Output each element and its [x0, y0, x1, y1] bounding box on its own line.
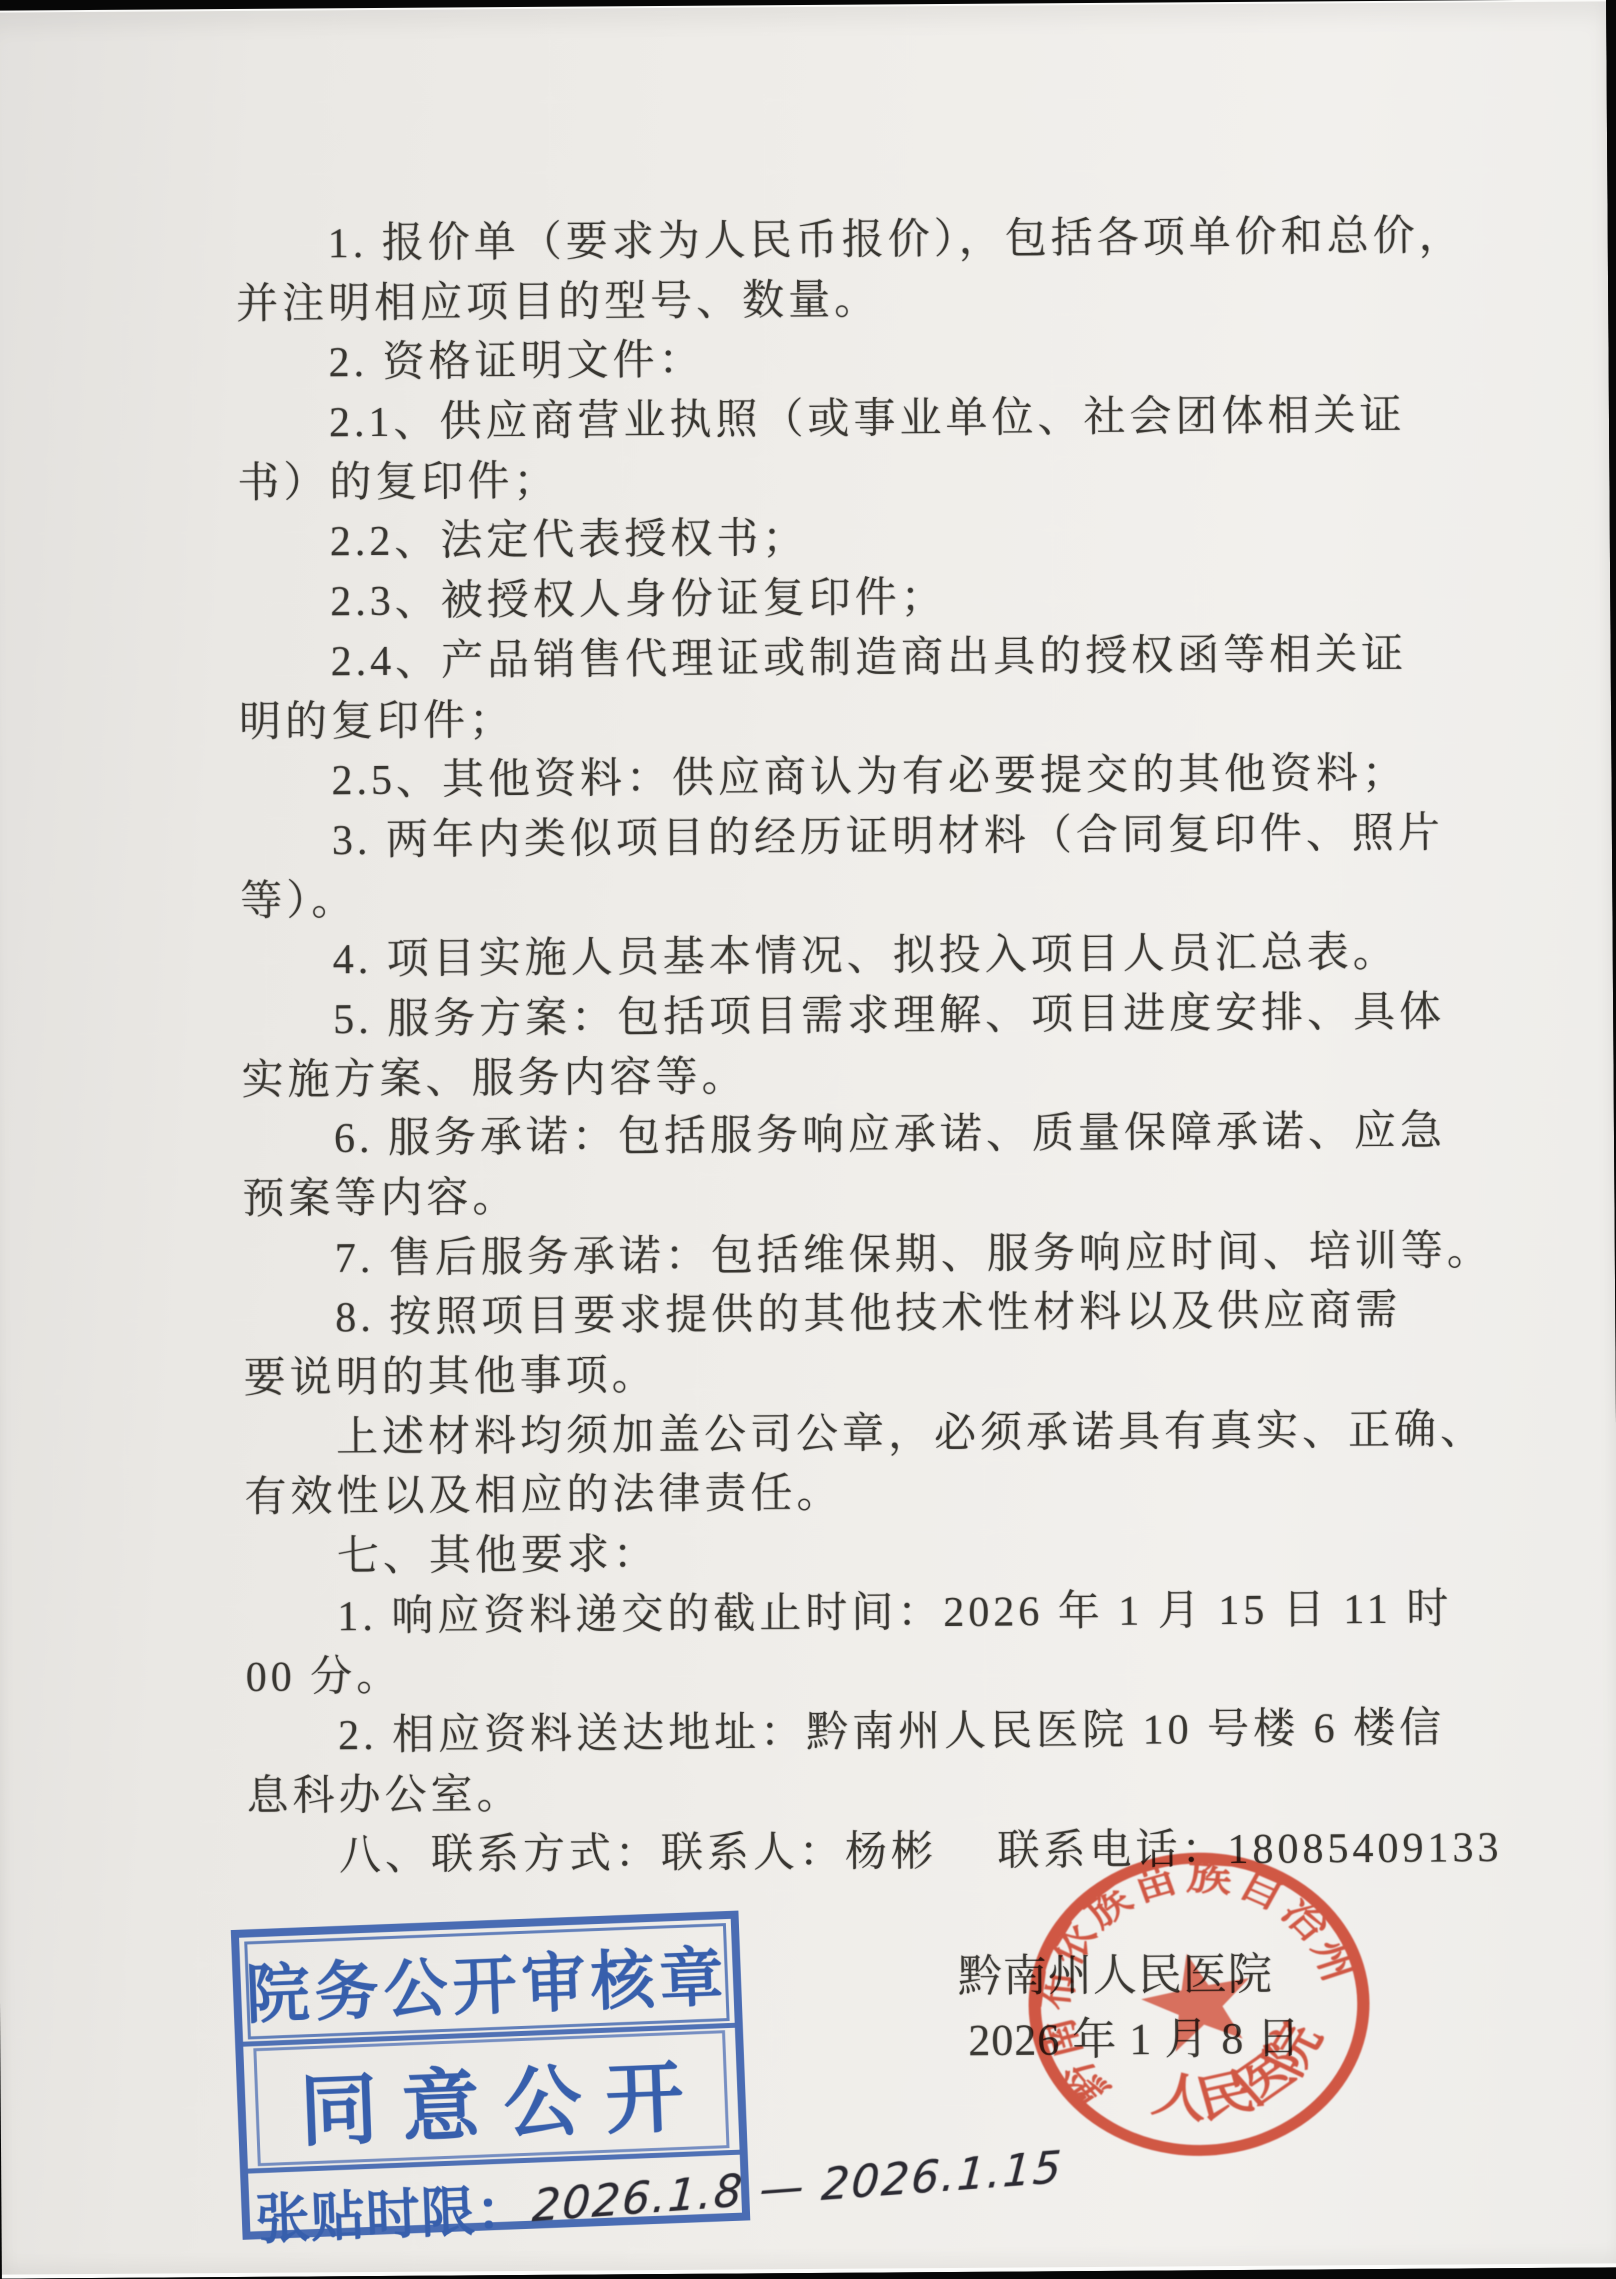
- photo-background: 1. 报价单（要求为人民币报价），包括各项单价和总价，并注明相应项目的型号、数量…: [0, 0, 1616, 2279]
- text-line: 并注明相应项目的型号、数量。: [236, 267, 1411, 335]
- seal-star: [1133, 1943, 1264, 2056]
- text-line: 1. 报价单（要求为人民币报价），包括各项单价和总价，: [236, 208, 1411, 276]
- text-line: 上述材料均须加盖公司公章，必须承诺具有真实、正确、: [244, 1401, 1419, 1469]
- text-line: 4. 项目实施人员基本情况、拟投入项目人员汇总表。: [241, 924, 1416, 992]
- text-line: 要说明的其他事项。: [243, 1342, 1418, 1410]
- text-line: 息科办公室。: [246, 1760, 1421, 1828]
- document-page: 1. 报价单（要求为人民币报价），包括各项单价和总价，并注明相应项目的型号、数量…: [0, 0, 1616, 2279]
- svg-text:人民医院: 人民医院: [1129, 2005, 1349, 2140]
- seal-arc-bottom-text: 人民医院: [1129, 2005, 1349, 2140]
- text-line: 3. 两年内类似项目的经历证明材料（合同复印件、照片: [240, 805, 1415, 873]
- text-line: 七、其他要求：: [245, 1521, 1420, 1589]
- text-line: 2. 资格证明文件：: [236, 327, 1411, 395]
- text-line: 2. 相应资料送达地址：黔南州人民医院 10 号楼 6 楼信: [246, 1700, 1421, 1768]
- stamp-decision: 同意公开: [253, 2030, 729, 2166]
- official-seal: 黔南布依族苗族自治州 人民医院: [1008, 1834, 1390, 2175]
- text-line: 2.5、其他资料：供应商认为有必要提交的其他资料；: [239, 745, 1414, 813]
- text-line: 5. 服务方案：包括项目需求理解、项目进度安排、具体: [241, 984, 1416, 1052]
- text-line: 等）。: [240, 864, 1415, 932]
- text-line: 有效性以及相应的法律责任。: [244, 1461, 1419, 1529]
- text-line: 7. 售后服务承诺：包括维保期、服务响应时间、培训等。: [243, 1222, 1418, 1290]
- text-line: 实施方案、服务内容等。: [241, 1043, 1416, 1111]
- text-line: 00 分。: [246, 1640, 1421, 1708]
- text-line: 2.1、供应商营业执照（或事业单位、社会团体相关证: [237, 387, 1412, 455]
- text-line: 1. 响应资料递交的截止时间：2026 年 1 月 15 日 11 时: [245, 1581, 1420, 1649]
- stamp-period-label: 张贴时限：: [254, 2167, 532, 2254]
- text-line: 8. 按照项目要求提供的其他技术性材料以及供应商需: [243, 1282, 1418, 1350]
- text-line: 2.2、法定代表授权书；: [238, 506, 1413, 574]
- text-line: 2.3、被授权人身份证复印件；: [238, 566, 1413, 634]
- text-line: 书）的复印件；: [237, 446, 1412, 514]
- stamp-period-row: 张贴时限： 2026.1.8 — 2026.1.15: [248, 2157, 743, 2261]
- stamp-title: 院务公开审核章: [244, 1923, 729, 2039]
- text-line: 预案等内容。: [242, 1163, 1417, 1231]
- text-line: 6. 服务承诺：包括服务响应承诺、质量保障承诺、应急: [242, 1103, 1417, 1171]
- text-line: 2.4、产品销售代理证或制造商出具的授权函等相关证: [238, 626, 1413, 694]
- approval-stamp: 院务公开审核章 同意公开 张贴时限： 2026.1.8 — 2026.1.15: [231, 1911, 751, 2240]
- text-line: 明的复印件；: [239, 685, 1414, 753]
- document-body: 1. 报价单（要求为人民币报价），包括各项单价和总价，并注明相应项目的型号、数量…: [236, 208, 1423, 1887]
